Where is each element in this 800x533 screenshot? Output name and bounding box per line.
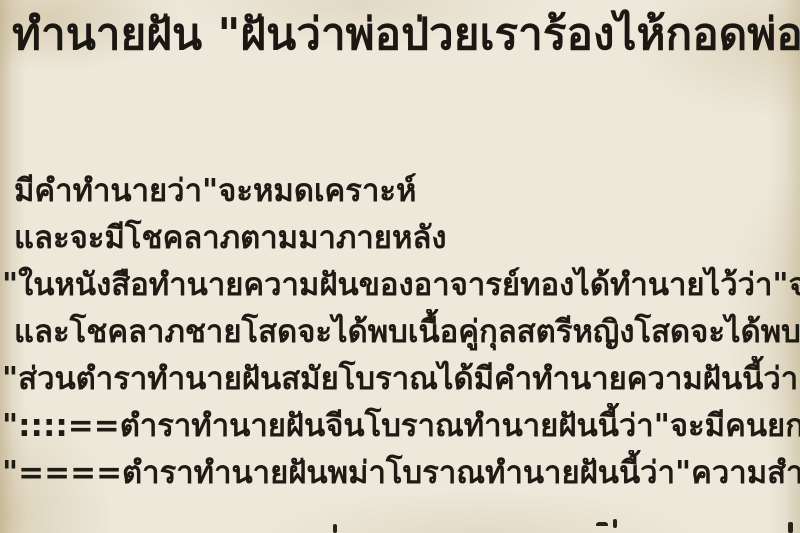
clipped-glyph-tip: [333, 524, 337, 533]
clipped-glyph-tip: [613, 519, 617, 528]
interpretation-text-block: มีคำทำนายว่า"จะหมดเคราะห์ และจะมีโชคลาภต…: [0, 168, 800, 497]
body-line-2: และจะมีโชคลาภตามมาภายหลัง: [0, 215, 800, 262]
body-line-3: "ในหนังสือทำนายความฝันของอาจารย์ทองได้ทำ…: [0, 262, 800, 309]
clipped-glyph-tip: [596, 522, 608, 526]
body-line-5: "ส่วนตำราทำนายฝันสมัยโบราณได้มีคำทำนายคว…: [0, 356, 800, 403]
aged-paper-background: ทำนายฝัน "ฝันว่าพ่อป่วยเราร้องไห้กอดพ่อ"…: [0, 0, 800, 533]
body-line-4: และโชคลาภชายโสดจะได้พบเนื้อคู่กุลสตรีหญิ…: [0, 309, 800, 356]
clipped-glyph-tip: [788, 522, 793, 533]
body-line-7: "====ตำราทำนายฝันพม่าโบราณทำนายฝันนี้ว่า…: [0, 450, 800, 497]
body-line-1: มีคำทำนายว่า"จะหมดเคราะห์: [0, 168, 800, 215]
body-line-6: "::::==ตำราทำนายฝันจีนโบราณทำนายฝันนี้ว่…: [0, 403, 800, 450]
page-title: ทำนายฝัน "ฝันว่าพ่อป่วยเราร้องไห้กอดพ่อ": [12, 4, 800, 66]
